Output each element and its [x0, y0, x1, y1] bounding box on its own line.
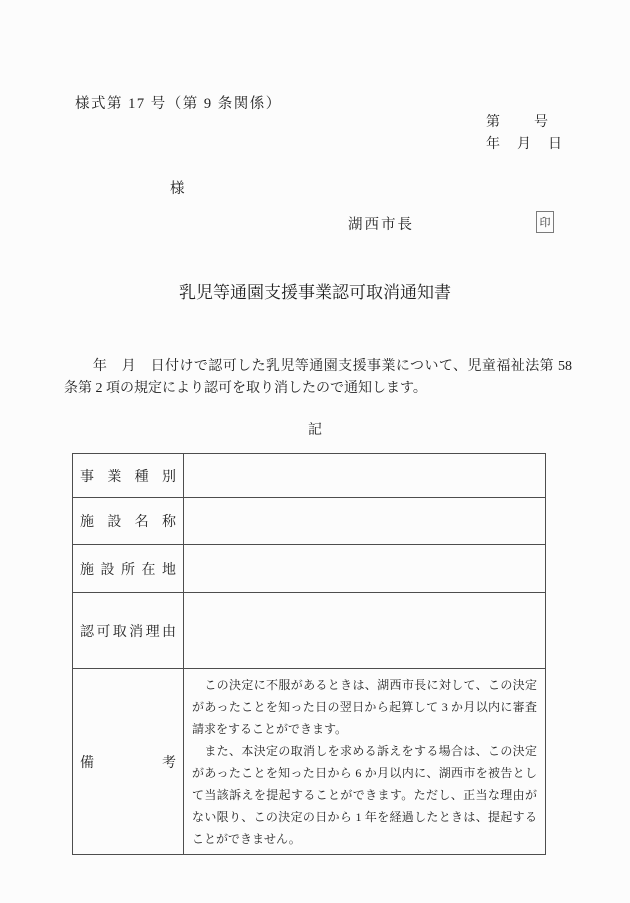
business-type-label: 事業種別 [73, 466, 183, 486]
table-row-business-type: 事業種別 [73, 454, 546, 498]
body-paragraph: 年 月 日付けで認可した乳児等通園支援事業について、児童福祉法第 58 条第 2… [64, 356, 572, 400]
revocation-reason-label-cell: 認可取消理由 [73, 593, 184, 669]
remarks-paragraph-1: この決定に不服があるときは、湖西市長に対して、この決定があったことを知った日の翌… [192, 674, 537, 740]
addressee-suffix: 様 [170, 177, 185, 198]
business-type-label-cell: 事業種別 [73, 454, 184, 498]
document-page: 様式第 17 号（第 9 条関係） 第 号 年 月 日 様 湖西市長 印 乳児等… [0, 0, 630, 903]
revocation-reason-value-cell [184, 593, 546, 669]
table-row-facility-name: 施設名称 [73, 498, 546, 545]
facility-name-label-cell: 施設名称 [73, 498, 184, 545]
revocation-reason-label: 認可取消理由 [73, 621, 183, 641]
remarks-label: 備考 [73, 752, 183, 772]
date-line: 年 月 日 [486, 133, 564, 153]
seal-character: 印 [540, 214, 551, 230]
business-type-value-cell [184, 454, 546, 498]
facility-name-label: 施設名称 [73, 511, 183, 531]
table-row-facility-address: 施設所在地 [73, 545, 546, 593]
seal-placeholder: 印 [536, 211, 554, 233]
facility-address-label-cell: 施設所在地 [73, 545, 184, 593]
table-row-revocation-reason: 認可取消理由 [73, 593, 546, 669]
facility-name-value-cell [184, 498, 546, 545]
remarks-paragraph-2: また、本決定の取消しを求める訴えをする場合は、この決定があったことを知った日から… [192, 740, 537, 850]
facility-address-label: 施設所在地 [73, 559, 183, 579]
ki-heading: 記 [0, 419, 630, 439]
document-title: 乳児等通園支援事業認可取消通知書 [0, 278, 630, 303]
notice-table: 事業種別 施設名称 施設所在地 認可取消理由 備考 [72, 453, 546, 855]
remarks-content-cell: この決定に不服があるときは、湖西市長に対して、この決定があったことを知った日の翌… [184, 669, 546, 855]
issuer-name: 湖西市長 [348, 213, 414, 234]
document-number-line: 第 号 [486, 111, 550, 131]
remarks-label-cell: 備考 [73, 669, 184, 855]
facility-address-value-cell [184, 545, 546, 593]
table-row-remarks: 備考 この決定に不服があるときは、湖西市長に対して、この決定があったことを知った… [73, 669, 546, 855]
form-number: 様式第 17 号（第 9 条関係） [75, 92, 282, 113]
